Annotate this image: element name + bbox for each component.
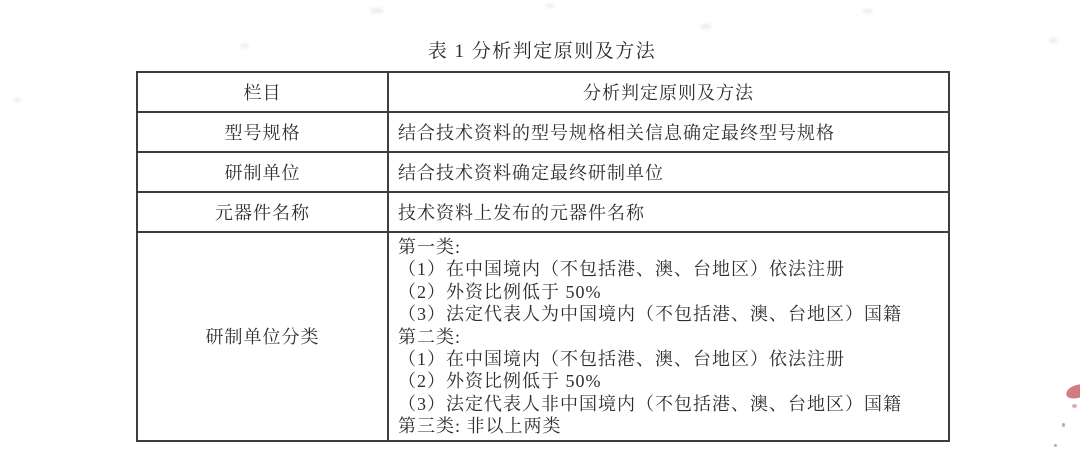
classification-line: （2）外资比例低于 50% <box>398 370 942 392</box>
table-row-model-spec: 型号规格 结合技术资料的型号规格相关信息确定最终型号规格 <box>137 112 949 152</box>
analysis-criteria-table: 栏目 分析判定原则及方法 型号规格 结合技术资料的型号规格相关信息确定最终型号规… <box>136 71 950 442</box>
classification-line: 第三类: 非以上两类 <box>398 415 942 437</box>
classification-line: （1）在中国境内（不包括港、澳、台地区）依法注册 <box>398 348 942 370</box>
scan-smudge <box>240 44 249 48</box>
classification-line: （2）外资比例低于 50% <box>398 281 942 303</box>
table-row-component-name: 元器件名称 技术资料上发布的元器件名称 <box>137 192 949 232</box>
header-cell-item: 栏目 <box>137 72 388 112</box>
row-value-developer: 结合技术资料确定最终研制单位 <box>388 152 949 192</box>
table-row-developer-classification: 研制单位分类 第一类: （1）在中国境内（不包括港、澳、台地区）依法注册 （2）… <box>137 232 949 441</box>
row-value-model-spec: 结合技术资料的型号规格相关信息确定最终型号规格 <box>388 112 949 152</box>
header-cell-method: 分析判定原则及方法 <box>388 72 949 112</box>
scan-smudge <box>545 4 555 8</box>
scanned-document-page: 表 1 分析判定原则及方法 栏目 分析判定原则及方法 型号规格 结合技术资料的型… <box>0 0 1080 472</box>
row-label-component-name: 元器件名称 <box>137 192 388 232</box>
row-label-developer: 研制单位 <box>137 152 388 192</box>
row-label-model-spec: 型号规格 <box>137 112 388 152</box>
red-pen-mark <box>1065 383 1080 400</box>
scan-speck <box>1062 423 1065 427</box>
row-label-developer-classification: 研制单位分类 <box>137 232 388 441</box>
table-row-developer: 研制单位 结合技术资料确定最终研制单位 <box>137 152 949 192</box>
scan-smudge <box>862 9 873 13</box>
classification-line: （3）法定代表人非中国境内（不包括港、澳、台地区）国籍 <box>398 393 942 415</box>
row-value-component-name: 技术资料上发布的元器件名称 <box>388 192 949 232</box>
table-caption: 表 1 分析判定原则及方法 <box>136 36 948 63</box>
scan-smudge <box>700 24 712 29</box>
scan-smudge <box>370 8 384 13</box>
classification-line: 第二类: <box>398 326 942 348</box>
scan-smudge <box>14 98 21 102</box>
table-header-row: 栏目 分析判定原则及方法 <box>137 72 949 112</box>
classification-line: （1）在中国境内（不包括港、澳、台地区）依法注册 <box>398 258 942 280</box>
scan-speck <box>1054 444 1057 447</box>
classification-line: 第一类: <box>398 236 942 258</box>
red-pen-dot <box>1072 404 1077 408</box>
row-value-developer-classification: 第一类: （1）在中国境内（不包括港、澳、台地区）依法注册 （2）外资比例低于 … <box>388 232 949 441</box>
classification-line: （3）法定代表人为中国境内（不包括港、澳、台地区）国籍 <box>398 303 942 325</box>
scan-smudge <box>1048 38 1058 43</box>
